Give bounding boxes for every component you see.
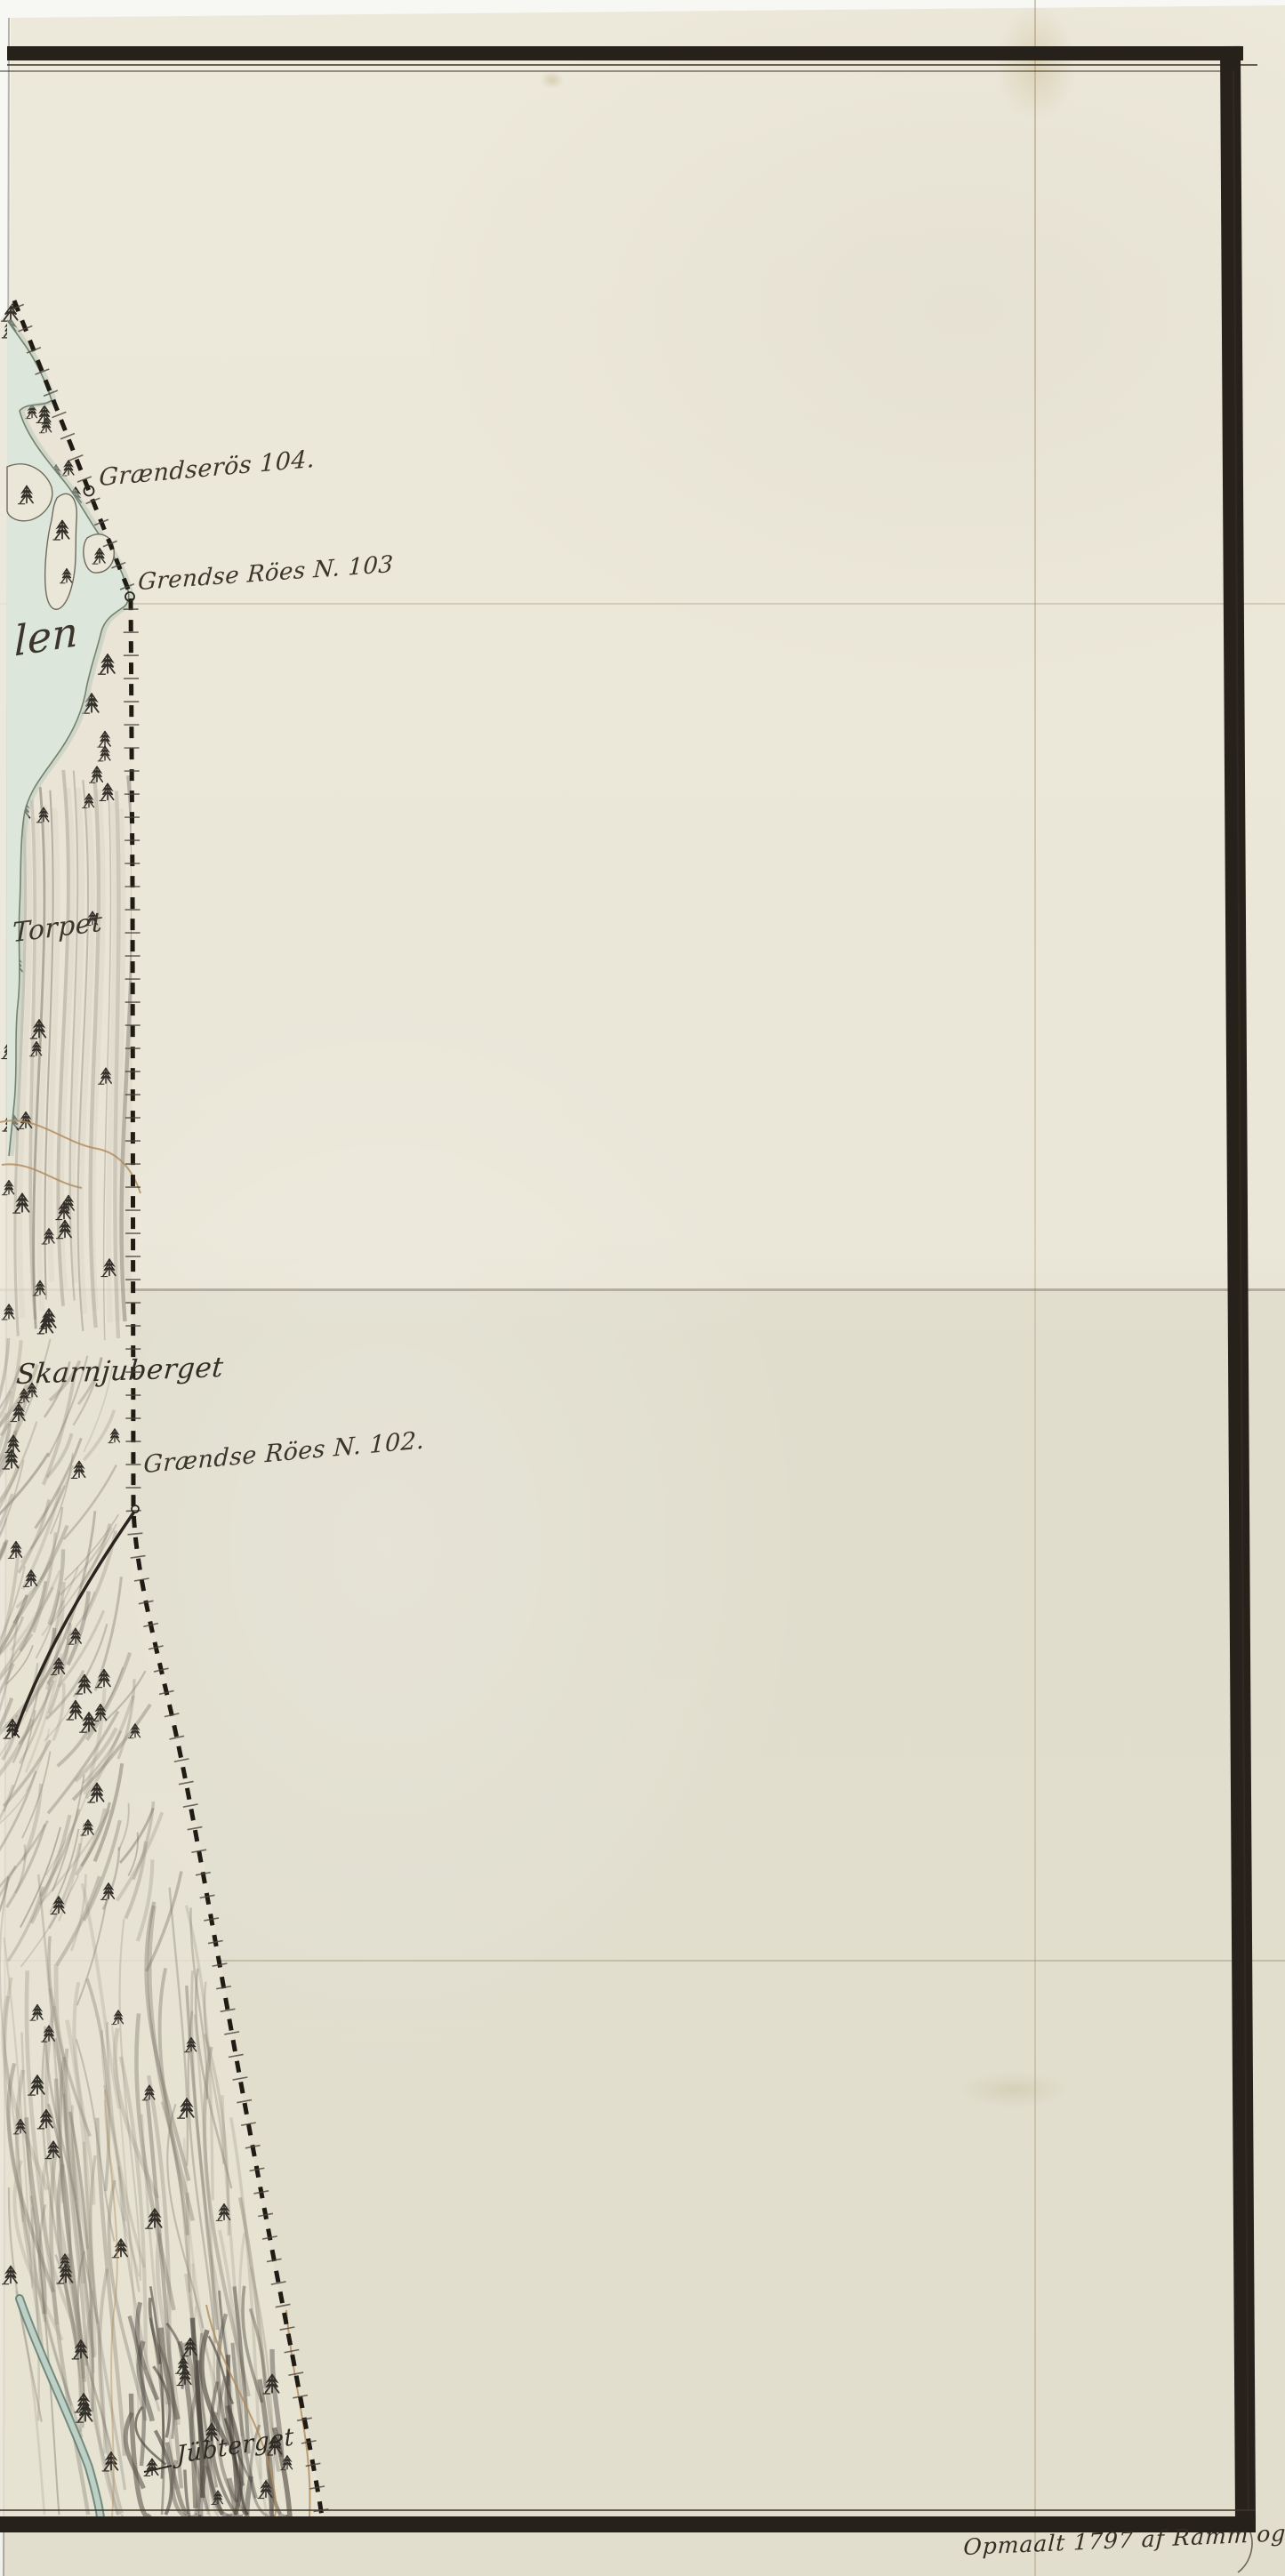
label-fjord-name-len: len <box>14 607 78 666</box>
bottom-thin-rule <box>0 2509 1256 2511</box>
top-thin-rule <box>7 64 1257 66</box>
top-border-bar <box>7 46 1243 60</box>
map-sheet-scan: Grændserös 104. Grendse Röes N. 103 len … <box>0 0 1285 2576</box>
top-inner-rule <box>0 70 1233 72</box>
map-drawing <box>0 0 1285 2576</box>
